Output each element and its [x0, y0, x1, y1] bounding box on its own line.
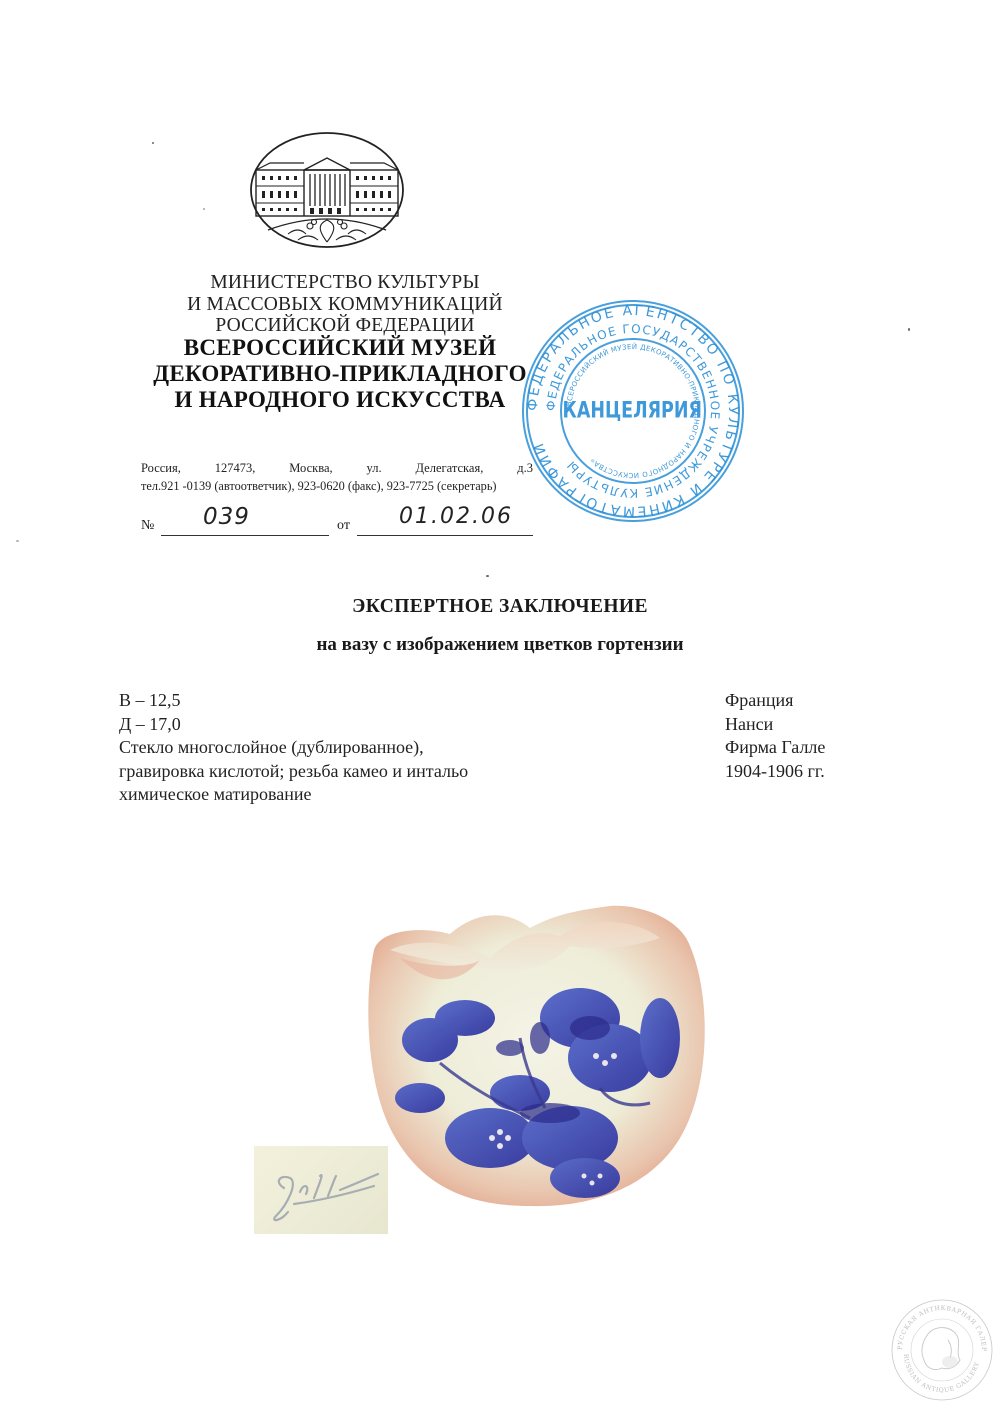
registration-date-label: от: [337, 518, 350, 534]
spec-maker: Фирма Галле: [725, 736, 825, 760]
document-subtitle: на вазу с изображением цветков гортензии: [200, 634, 800, 656]
official-stamp: ФЕДЕРАЛЬНОЕ АГЕНТСТВО ПО КУЛЬТУРЕ И КИНЕ…: [520, 298, 746, 524]
vase-photo: [360, 888, 720, 1218]
specs-right: Франция Нанси Фирма Галле 1904-1906 гг.: [725, 689, 825, 783]
registration-date-underline: [357, 535, 533, 536]
registration-number-label: №: [141, 518, 154, 534]
spec-diameter: Д – 17,0: [119, 713, 468, 737]
ministry-name-line-1: МИНИСТЕРСТВО КУЛЬТУРЫ: [140, 272, 550, 294]
specs-left: В – 12,5 Д – 17,0 Стекло многослойное (д…: [119, 689, 468, 807]
stamp-center-text: КАНЦЕЛЯРИЯ: [563, 398, 702, 423]
spec-date: 1904-1906 гг.: [725, 760, 825, 784]
svg-text:RUSSIAN ANTIQUE GALLERY: RUSSIAN ANTIQUE GALLERY: [902, 1354, 981, 1394]
spec-city: Нанси: [725, 713, 825, 737]
spec-technique: гравировка кислотой; резьба камео и инта…: [119, 760, 468, 784]
scan-speck: [16, 540, 19, 542]
registration-line: № 039 от 01.02.06: [141, 508, 536, 538]
museum-name-line-1: ВСЕРОССИЙСКИЙ МУЗЕЙ: [130, 334, 550, 361]
signature-text: Gallé: [320, 1195, 323, 1197]
watermark-bottom-text: RUSSIAN ANTIQUE GALLERY: [902, 1354, 981, 1394]
address-phones: тел.921 -0139 (автоответчик), 923-0620 (…: [141, 477, 533, 495]
address-street: Делегатская,: [415, 459, 483, 477]
scan-speck: [203, 208, 205, 210]
address-city: Москва,: [289, 459, 332, 477]
registration-number-underline: [161, 535, 329, 536]
spec-height: В – 12,5: [119, 689, 468, 713]
museum-name-line-2: ДЕКОРАТИВНО-ПРИКЛАДНОГО: [130, 360, 550, 387]
spec-material: Стекло многослойное (дублированное),: [119, 736, 468, 760]
registration-number-value: 039: [203, 504, 250, 530]
document-title: ЭКСПЕРТНОЕ ЗАКЛЮЧЕНИЕ: [200, 596, 800, 618]
address-block: Россия, 127473, Москва, ул. Делегатская,…: [141, 459, 533, 495]
scan-speck: [908, 328, 910, 331]
registration-date-value: 01.02.06: [399, 504, 513, 529]
scan-speck: [486, 575, 489, 577]
gallery-watermark: РУССКАЯ АНТИКВАРНАЯ ГАЛЕРЕЯ RUSSIAN ANTI…: [890, 1298, 994, 1402]
museum-name-line-3: И НАРОДНОГО ИСКУССТВА: [130, 386, 550, 413]
scan-speck: [152, 142, 154, 144]
address-street-prefix: ул.: [367, 459, 382, 477]
museum-logo: [248, 130, 406, 250]
address-postcode: 127473,: [215, 459, 256, 477]
signature-closeup-photo: Gallé: [254, 1146, 388, 1234]
ministry-name-line-2: И МАССОВЫХ КОММУНИКАЦИЙ: [140, 294, 550, 316]
spec-finish: химическое матирование: [119, 783, 468, 807]
spec-country: Франция: [725, 689, 825, 713]
address-country: Россия,: [141, 459, 181, 477]
address-line: Россия, 127473, Москва, ул. Делегатская,…: [141, 459, 533, 477]
